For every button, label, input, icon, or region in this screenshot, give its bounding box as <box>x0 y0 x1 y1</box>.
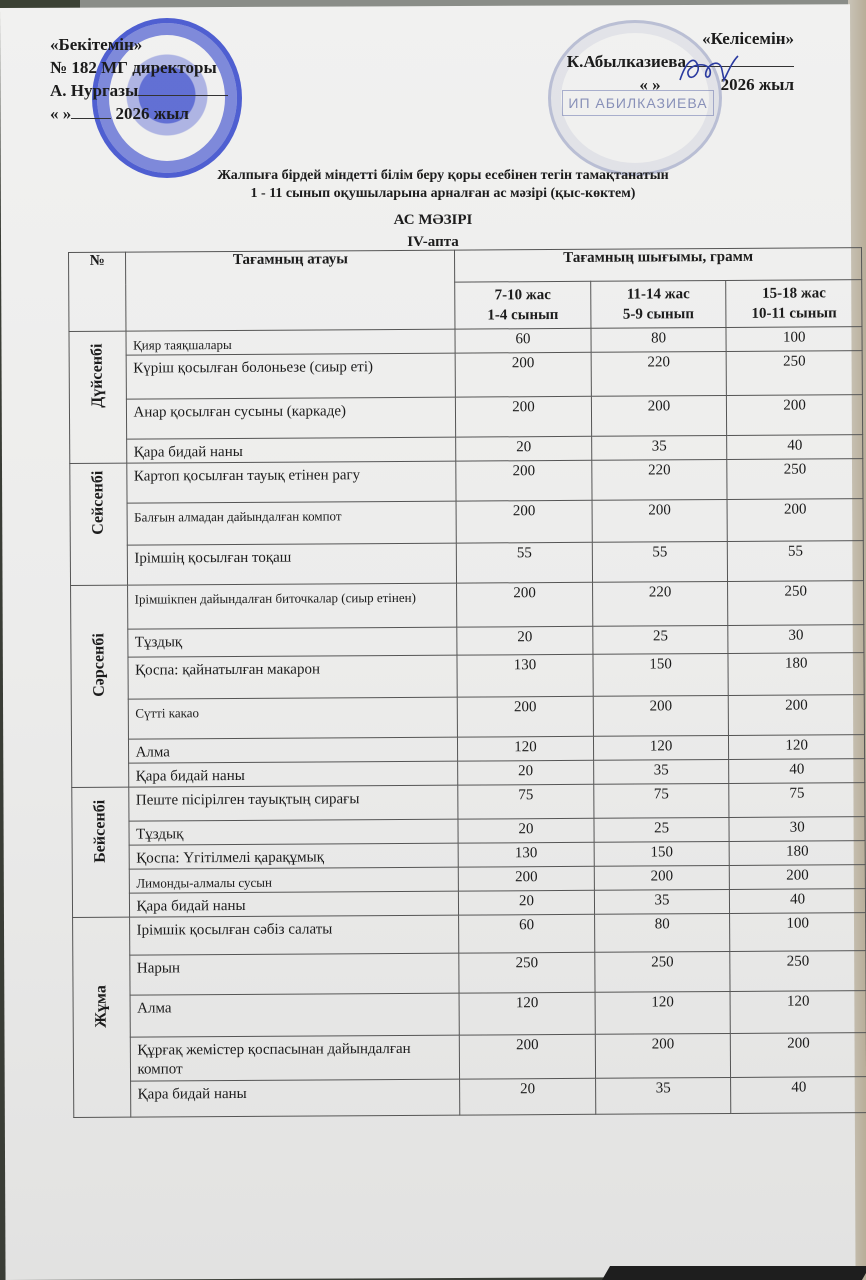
dish-name: Қара бидай наны <box>127 437 456 463</box>
dish-name: Құрғақ жемістер қоспасынан дайындалған к… <box>131 1035 460 1081</box>
portion-grams: 200 <box>730 865 866 890</box>
dish-name: Анар қосылған сусыны (каркаде) <box>127 397 456 439</box>
portion-grams: 130 <box>457 654 593 697</box>
portion-grams: 100 <box>726 327 862 352</box>
dish-name: Алма <box>129 737 458 763</box>
table-row: Балғын алмадан дайындалған компот2002002… <box>70 499 863 546</box>
portion-grams: 20 <box>456 436 592 461</box>
portion-grams: 250 <box>726 351 862 396</box>
table-row: Сүтті какао200200200 <box>71 695 864 740</box>
signature-icon <box>676 52 746 86</box>
subtitle-line-2: 1 - 11 сынып оқушыларына арналған ас мәз… <box>10 186 866 202</box>
dish-name: Балғын алмадан дайындалған компот <box>128 501 457 545</box>
portion-grams: 20 <box>460 1078 596 1115</box>
dish-name: Қоспа: қайнатылған макарон <box>128 655 457 699</box>
day-cell: Сәрсенбі <box>71 585 130 787</box>
header-yield: Тағамның шығымы, грамм <box>455 248 862 283</box>
portion-grams: 250 <box>459 952 595 993</box>
portion-grams: 200 <box>456 500 592 543</box>
portion-grams: 130 <box>458 842 594 867</box>
dish-name: Сүтті какао <box>129 697 458 739</box>
portion-grams: 220 <box>591 351 727 396</box>
portion-grams: 80 <box>594 913 730 952</box>
table-row: Қоспа: қайнатылған макарон130150180 <box>71 653 864 700</box>
table-row: СәрсенбіІрімшікпен дайындалған биточкала… <box>71 581 864 630</box>
portion-grams: 200 <box>731 1033 866 1078</box>
portion-grams: 75 <box>458 784 594 819</box>
portion-grams: 20 <box>457 626 593 655</box>
portion-grams: 35 <box>591 435 727 460</box>
table-row: Күріш қосылған болоньезе (сиыр еті)20022… <box>69 351 862 400</box>
dish-name: Қара бидай наны <box>129 761 458 787</box>
day-label: Сәрсенбі <box>91 676 109 696</box>
portion-grams: 200 <box>457 582 593 627</box>
dish-name: Пеште пісірілген тауықтың сирағы <box>129 785 458 821</box>
portion-grams: 60 <box>459 914 595 953</box>
background-shadow <box>602 1266 866 1280</box>
approval-block: «Бекітемін» № 182 МГ директоры А. Нургаз… <box>50 33 228 125</box>
portion-grams: 55 <box>592 541 728 582</box>
portion-grams: 25 <box>594 817 730 842</box>
portion-grams: 200 <box>459 1034 595 1079</box>
dish-name: Қара бидай наны <box>130 891 459 917</box>
portion-grams: 200 <box>729 695 865 736</box>
day-cell: Сейсенбі <box>70 463 128 585</box>
dish-name: Алма <box>131 993 460 1037</box>
dish-name: Лимонды-алмалы сусын <box>130 867 459 893</box>
subtitle-line-1: Жалпыға бірдей міндетті білім беру қоры … <box>10 168 866 184</box>
portion-grams: 150 <box>594 841 730 866</box>
dish-name: Тұздық <box>128 627 457 657</box>
agreement-title: «Келісемін» <box>567 27 794 50</box>
portion-grams: 200 <box>593 695 729 736</box>
portion-grams: 200 <box>594 865 730 890</box>
menu-title: АС МӘЗІРІ <box>0 212 866 229</box>
table-row: ЖұмаІрімшік қосылған сәбіз салаты6080100 <box>73 913 866 956</box>
portion-grams: 250 <box>730 951 866 992</box>
portion-grams: 40 <box>730 889 866 914</box>
dish-name: Қияр таяқшалары <box>126 329 455 355</box>
portion-grams: 200 <box>458 866 594 891</box>
menu-table: № Тағамның атауы Тағамның шығымы, грамм … <box>68 247 866 1118</box>
approval-title: «Бекітемін» <box>50 33 228 56</box>
table-row: Алма120120120 <box>73 991 866 1038</box>
portion-grams: 40 <box>727 435 863 460</box>
dish-name: Тұздық <box>129 819 458 845</box>
portion-grams: 200 <box>595 1033 731 1078</box>
day-label: Бейсенбі <box>92 842 110 862</box>
portion-grams: 60 <box>455 328 591 353</box>
date-line <box>71 103 111 119</box>
table-row: СейсенбіКартоп қосылған тауық етінен раг… <box>70 459 863 504</box>
portion-grams: 35 <box>594 889 730 914</box>
table-row: Қара бидай наны203540 <box>74 1077 866 1118</box>
portion-grams: 40 <box>731 1077 866 1114</box>
portion-grams: 200 <box>591 395 727 436</box>
portion-grams: 20 <box>459 890 595 915</box>
table-row: Ірімшің қосылған тоқаш555555 <box>70 541 863 586</box>
header-age-group: 7-10 жас1-4 сынып <box>455 282 591 330</box>
portion-grams: 80 <box>591 327 727 352</box>
portion-grams: 120 <box>593 735 729 760</box>
header-age-group: 15-18 жас10-11 сынып <box>726 280 862 328</box>
approval-date: « » 2026 жыл <box>50 102 228 125</box>
approval-signer: А. Нургазы <box>50 79 228 102</box>
table-row: Құрғақ жемістер қоспасынан дайындалған к… <box>73 1033 866 1082</box>
portion-grams: 200 <box>455 352 591 397</box>
portion-grams: 35 <box>595 1077 731 1114</box>
dish-name: Нарын <box>130 953 459 995</box>
dish-name: Ірімшікпен дайындалған биточкалар (сиыр … <box>128 583 457 629</box>
table-row: БейсенбіПеште пісірілген тауықтың сирағы… <box>72 783 865 822</box>
portion-grams: 55 <box>728 541 864 582</box>
portion-grams: 55 <box>456 542 592 583</box>
day-label: Сейсенбі <box>90 514 108 534</box>
portion-grams: 120 <box>729 735 865 760</box>
dish-name: Картоп қосылған тауық етінен рагу <box>127 461 456 503</box>
portion-grams: 200 <box>456 396 592 437</box>
day-cell: Бейсенбі <box>72 787 130 917</box>
signature-line <box>138 80 228 96</box>
day-cell: Дүйсенбі <box>69 331 127 463</box>
day-label: Жұма <box>93 1007 111 1027</box>
portion-grams: 180 <box>729 841 865 866</box>
header-age-group: 11-14 жас5-9 сынып <box>590 281 726 329</box>
portion-grams: 35 <box>593 759 729 784</box>
approval-position: № 182 МГ директоры <box>50 56 228 79</box>
portion-grams: 150 <box>593 653 729 696</box>
portion-grams: 200 <box>592 499 728 542</box>
portion-grams: 200 <box>457 696 593 737</box>
portion-grams: 200 <box>456 460 592 501</box>
portion-grams: 40 <box>729 759 865 784</box>
dish-name: Ірімшік қосылған сәбіз салаты <box>130 915 459 955</box>
portion-grams: 20 <box>458 818 594 843</box>
table-row: Нарын250250250 <box>73 951 866 996</box>
portion-grams: 100 <box>730 913 866 952</box>
portion-grams: 75 <box>594 783 730 818</box>
day-label: Дүйсенбі <box>89 387 107 407</box>
portion-grams: 250 <box>595 951 731 992</box>
portion-grams: 200 <box>727 499 863 542</box>
header-number: № <box>69 252 127 331</box>
portion-grams: 120 <box>730 991 866 1034</box>
portion-grams: 25 <box>593 625 729 654</box>
portion-grams: 180 <box>728 653 864 696</box>
dish-name: Ірімшің қосылған тоқаш <box>128 543 457 585</box>
header-dish-name: Тағамның атауы <box>126 250 455 331</box>
portion-grams: 30 <box>729 817 865 842</box>
portion-grams: 120 <box>458 736 594 761</box>
dish-name: Қоспа: Үгітілмелі қарақұмық <box>130 843 459 869</box>
portion-grams: 220 <box>592 459 728 500</box>
portion-grams: 120 <box>459 992 595 1035</box>
portion-grams: 30 <box>728 625 864 654</box>
day-cell: Жұма <box>73 917 132 1117</box>
portion-grams: 75 <box>729 783 865 818</box>
portion-grams: 20 <box>458 760 594 785</box>
portion-grams: 250 <box>728 581 864 626</box>
dish-name: Күріш қосылған болоньезе (сиыр еті) <box>127 353 456 399</box>
table-row: Анар қосылған сусыны (каркаде)200200200 <box>69 395 862 440</box>
portion-grams: 220 <box>592 581 728 626</box>
dish-name: Қара бидай наны <box>131 1079 460 1117</box>
portion-grams: 120 <box>595 991 731 1034</box>
portion-grams: 250 <box>727 459 863 500</box>
portion-grams: 200 <box>727 395 863 436</box>
